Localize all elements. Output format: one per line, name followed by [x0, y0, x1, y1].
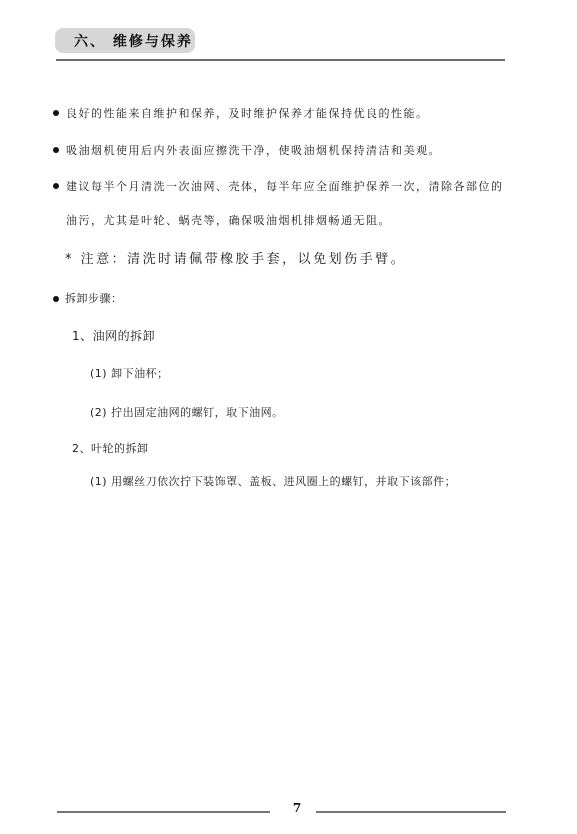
section-title-tab: 六、 维修与保养 [55, 28, 195, 53]
substep: (2) 拧出固定油网的螺钉，取下油网。 [90, 404, 284, 420]
bullet-icon [53, 183, 59, 189]
page-number: 7 [287, 801, 307, 815]
substep: (1) 用螺丝刀依次拧下装饰罩、盖板、进风圈上的螺钉，并取下该部件； [90, 473, 456, 489]
header-rule [56, 59, 505, 61]
bullet-icon [53, 110, 59, 116]
footer-rule-right [316, 811, 506, 813]
bullet-text: 良好的性能来自维护和保养，及时维护保养才能保持优良的性能。 [66, 105, 429, 121]
bullet-text: 吸油烟机使用后内外表面应擦洗干净，使吸油烟机保持清洁和美观。 [66, 142, 441, 158]
bullet-text-continuation: 油污，尤其是叶轮、蜗壳等，确保吸油烟机排烟畅通无阻。 [66, 212, 391, 228]
step-title: 2、叶轮的拆卸 [72, 440, 149, 456]
section-title: 六、 维修与保养 [74, 31, 193, 51]
bullet-icon [53, 147, 59, 153]
footer-rule-left [57, 811, 270, 813]
bullet-icon [53, 296, 59, 302]
step-title: 1、油网的拆卸 [72, 327, 155, 344]
bullet-text: 建议每半个月清洗一次油网、壳体，每半年应全面维护保养一次，清除各部位的 [66, 178, 504, 194]
disassembly-heading: 拆卸步骤： [65, 290, 123, 306]
substep: (1) 卸下油杯； [90, 365, 169, 381]
safety-note: * 注意：清洗时请佩带橡胶手套，以免划伤手臂。 [65, 248, 406, 267]
